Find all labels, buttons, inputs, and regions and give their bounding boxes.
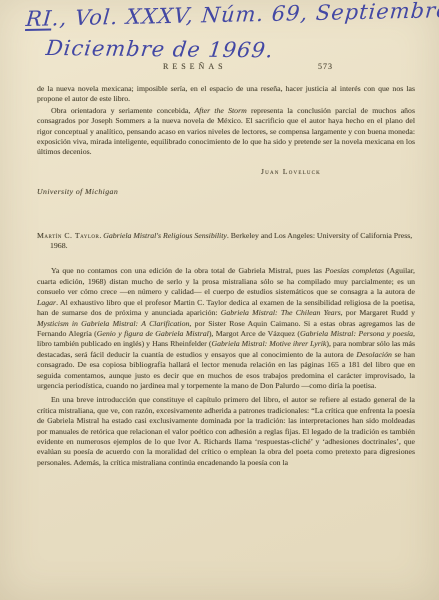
- page-number: 573: [318, 62, 333, 72]
- review-closing-paragraph: Obra orientadora y seriamente concebida,…: [37, 106, 415, 158]
- review-body-paragraph-1: Ya que no contamos con una edición de la…: [37, 266, 415, 391]
- review-continuation-paragraph: de la nueva novela mexicana; imposible s…: [37, 84, 415, 105]
- book-citation: Martín C. Taylor. Gabriela Mistral's Rel…: [37, 231, 415, 252]
- review-body-paragraph-2: En una breve introducción que constituye…: [37, 395, 415, 468]
- running-head: RESEÑAS 573: [37, 62, 415, 73]
- annotation-line-1: RI., Vol. XXXV, Núm. 69, Septiembre —: [25, 0, 439, 31]
- printed-page-content: RESEÑAS 573 de la nueva novela mexicana;…: [37, 62, 415, 468]
- reviewer-affiliation: University of Michigan: [37, 187, 415, 197]
- scanned-journal-page: RI., Vol. XXXV, Núm. 69, Septiembre — Di…: [0, 0, 439, 600]
- annotation-line-2: Diciembre de 1969.: [45, 36, 275, 62]
- section-title: RESEÑAS: [163, 62, 227, 72]
- reviewer-signature: Juan Loveluck: [37, 167, 415, 177]
